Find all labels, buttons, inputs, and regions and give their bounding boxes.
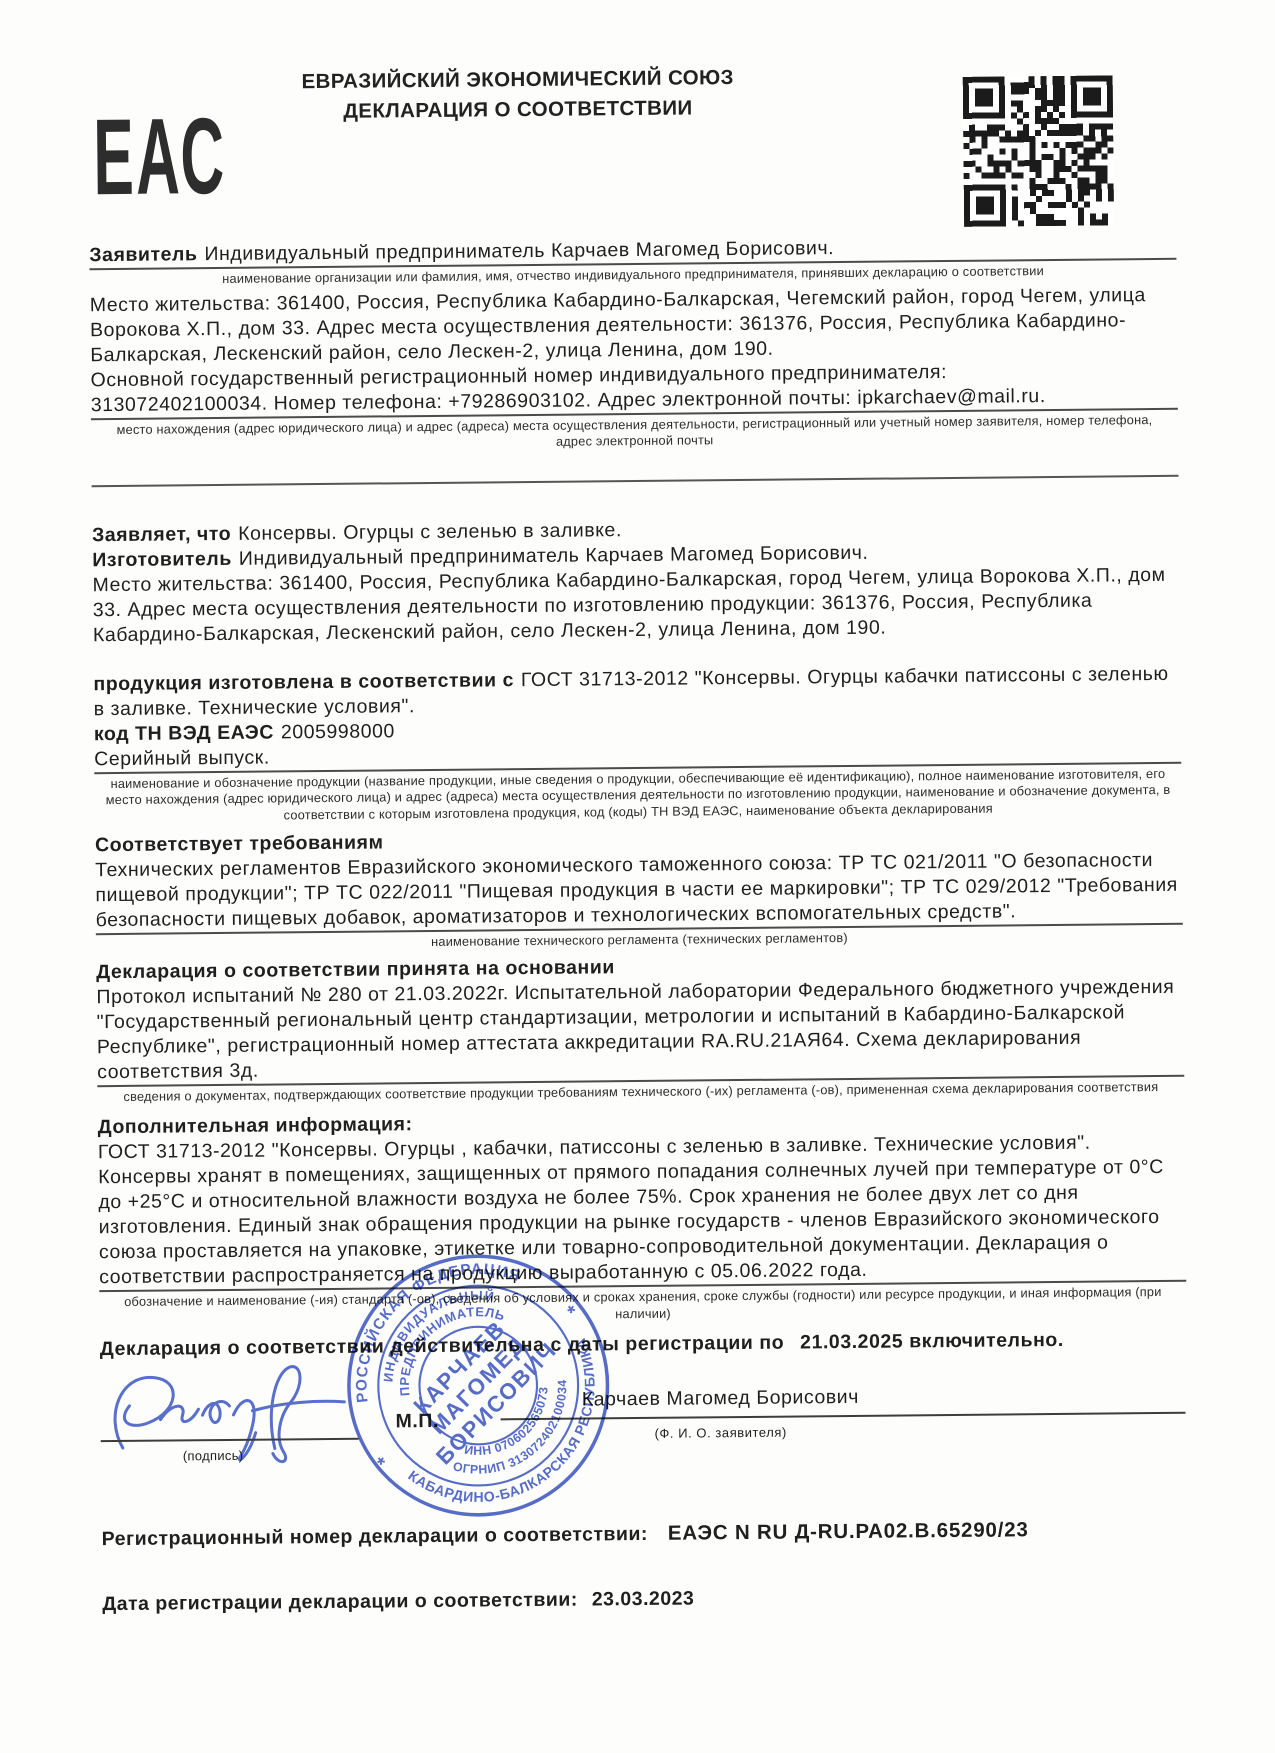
registration-number-line: Регистрационный номер декларации о соотв… [102, 1516, 1189, 1552]
applicant-label: Заявитель [89, 243, 197, 266]
validity-suffix: включительно. [909, 1329, 1064, 1352]
compliance-section: Соответствует требованиям Технических ре… [95, 823, 1183, 954]
registration-number-label: Регистрационный номер декларации о соотв… [102, 1523, 648, 1550]
tnved-value: 2005998000 [281, 720, 395, 743]
basis-section: Декларация о соответствии принята на осн… [96, 949, 1184, 1105]
additional-section: Дополнительная информация: ГОСТ 31713-20… [98, 1105, 1187, 1327]
registration-number-value: ЕАЭС N RU Д-RU.РА02.В.65290/23 [668, 1518, 1029, 1544]
document-title: ЕВРАЗИЙСКИЙ ЭКОНОМИЧЕСКИЙ СОЮЗ ДЕКЛАРАЦИ… [218, 62, 819, 128]
manufacturer-address: Место жительства: 361400, Россия, Респуб… [92, 562, 1180, 647]
production-label: продукция изготовлена в соответствии с [93, 669, 514, 695]
compliance-text: Технических регламентов Евразийского эко… [95, 848, 1183, 935]
tnved-label: код ТН ВЭД ЕАЭС [94, 721, 274, 745]
registration-date-line: Дата регистрации декларации о соответств… [102, 1582, 1189, 1617]
qr-code-icon [963, 75, 1114, 226]
registration-date-value: 23.03.2023 [592, 1587, 695, 1610]
title-line-union: ЕВРАЗИЙСКИЙ ЭКОНОМИЧЕСКИЙ СОЮЗ [218, 62, 818, 98]
declares-label: Заявляет, что [92, 522, 231, 545]
declaration-document: ЕАС ЕВРАЗИЙСКИЙ ЭКОНОМИЧЕСКИЙ СОЮЗ ДЕКЛА… [0, 0, 1275, 1753]
declares-section: Заявляет, чтоКонсервы. Огурцы с зеленью … [92, 512, 1180, 647]
document-header: ЕАС ЕВРАЗИЙСКИЙ ЭКОНОМИЧЕСКИЙ СОЮЗ ДЕКЛА… [0, 0, 1269, 244]
validity-date: 21.03.2025 [800, 1330, 903, 1353]
production-caption: наименование и обозначение продукции (на… [94, 763, 1181, 825]
production-section: продукция изготовлена в соответствии сГО… [93, 661, 1181, 825]
signature-caption: (подпись) [183, 1443, 244, 1469]
signature-row: (подпись) М.П. Карчаев Магомед Борисович… [100, 1366, 1188, 1488]
applicant-section: ЗаявительИндивидуальный предприниматель … [89, 233, 1178, 487]
registration-date-label: Дата регистрации декларации о соответств… [102, 1589, 578, 1616]
manufacturer-label: Изготовитель [92, 547, 232, 570]
manufacturer-name: Индивидуальный предприниматель Карчаев М… [239, 541, 869, 569]
title-line-declaration: ДЕКЛАРАЦИЯ О СООТВЕТСТВИИ [218, 92, 818, 128]
additional-text: ГОСТ 31713-2012 "Консервы. Огурцы , каба… [98, 1130, 1186, 1292]
applicant-address: Место жительства: 361400, Россия, Респуб… [90, 282, 1178, 367]
eac-mark-logo: ЕАС [93, 102, 227, 211]
basis-text: Протокол испытаний № 280 от 21.03.2022г.… [96, 974, 1184, 1086]
empty-ruled-line [92, 474, 1179, 486]
applicant-name: Индивидуальный предприниматель Карчаев М… [204, 237, 834, 265]
document-body: ЗаявительИндивидуальный предприниматель … [0, 232, 1275, 1618]
declares-product: Консервы. Огурцы с зеленью в заливке. [238, 519, 622, 545]
